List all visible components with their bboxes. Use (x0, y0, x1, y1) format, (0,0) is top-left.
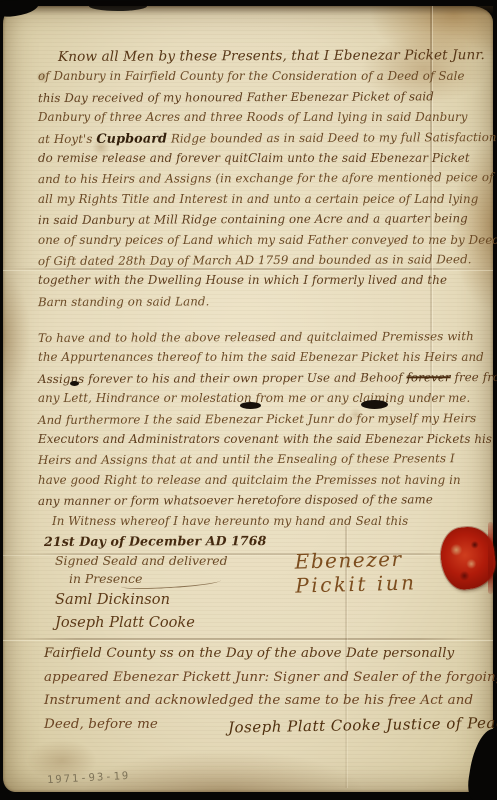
witness-signature: Saml Dickinson (55, 588, 228, 611)
ink-blot (240, 402, 261, 409)
torn-notch (89, 1, 147, 11)
emphasized-word: Cupboard (96, 131, 167, 146)
deed-line: Assigns forever to his and their own pro… (38, 367, 497, 389)
acknowledgment-line: Instrument and acknowledged the same to … (44, 689, 497, 713)
deed-line: at Hoyt's Cupboard Ridge bounded as in s… (38, 126, 497, 149)
deed-line: To have and to hold the above released a… (38, 326, 497, 348)
ink-blot (70, 381, 79, 386)
deed-line: 21st Day of December AD 1768 (38, 530, 497, 552)
deed-line: Heirs and Assigns that at and until the … (38, 448, 497, 470)
deed-line: any manner or form whatsoever heretofore… (38, 489, 497, 511)
deed-line: and to his Heirs and Assigns (in exchang… (38, 167, 497, 190)
deed-line: the Appurtenances thereof to him the sai… (38, 347, 497, 367)
scan-backdrop: Know all Men by these Presents, that I E… (0, 0, 497, 800)
deed-line: Know all Men by these Presents, that I E… (38, 45, 497, 68)
acknowledgment-line: appeared Ebenezar Pickett Junr: Signer a… (44, 666, 497, 690)
deed-line-segment: Ridge bounded as in said Deed to my full… (167, 130, 497, 145)
fold-crease-horizontal (3, 638, 493, 640)
deed-line: of Gift dated 28th Day of March AD 1759 … (38, 249, 497, 272)
wax-seal-streak (488, 522, 493, 594)
witness-attestation-block: Signed Seald and delivered in Presence S… (55, 551, 228, 634)
deed-line: in said Danbury at Mill Ridge containing… (38, 208, 497, 231)
signature-first-name: Ebenezer (294, 546, 416, 573)
signer-signature: Ebenezer Pickit iun (294, 546, 416, 597)
deed-line: any Lett, Hindrance or molestation from … (38, 388, 497, 408)
catalog-number: 1971-93-19 (47, 770, 131, 786)
signature-last-name: Pickit iun (295, 570, 417, 597)
deed-line: Executors and Administrators covenant wi… (38, 429, 497, 449)
deed-line: have good Right to release and quitclaim… (38, 470, 497, 490)
deed-body-paragraph: Know all Men by these Presents, that I E… (38, 46, 497, 311)
deed-line: of Danbury in Fairfield County for the C… (38, 66, 497, 86)
acknowledgment-line: Fairfield County ss on the Day of the ab… (44, 642, 497, 666)
torn-notch (465, 726, 497, 800)
deed-line: this Day received of my honoured Father … (38, 86, 497, 109)
ink-blot (361, 400, 388, 409)
deed-habendum-paragraph: To have and to hold the above released a… (38, 327, 497, 551)
witness-signature: Joseph Platt Cooke (55, 611, 228, 634)
deed-line: Barn standing on said Land. (38, 290, 497, 313)
deed-line-segment: Assigns forever to his and their own pro… (38, 370, 407, 386)
deed-line: Danbury of three Acres and three Roods o… (38, 107, 497, 127)
deed-line: do remise release and forever quitClaim … (38, 148, 497, 168)
deed-line: one of sundry peices of Land which my sa… (38, 230, 497, 250)
deed-line: all my Rights Title and Interest in and … (38, 189, 497, 209)
struck-word: forever (407, 370, 451, 384)
deed-line-segment: free from (451, 370, 497, 384)
deed-paper: Know all Men by these Presents, that I E… (3, 6, 493, 792)
deed-line: In Witness whereof I have hereunto my ha… (38, 511, 497, 531)
deed-line-segment: at Hoyt's (38, 131, 96, 145)
torn-edge-shadow (3, 6, 493, 15)
attestation-line: Signed Seald and delivered (55, 551, 228, 570)
deed-line: together with the Dwelling House in whic… (38, 270, 497, 290)
deed-line: And furthermore I the said Ebenezar Pick… (38, 408, 497, 430)
